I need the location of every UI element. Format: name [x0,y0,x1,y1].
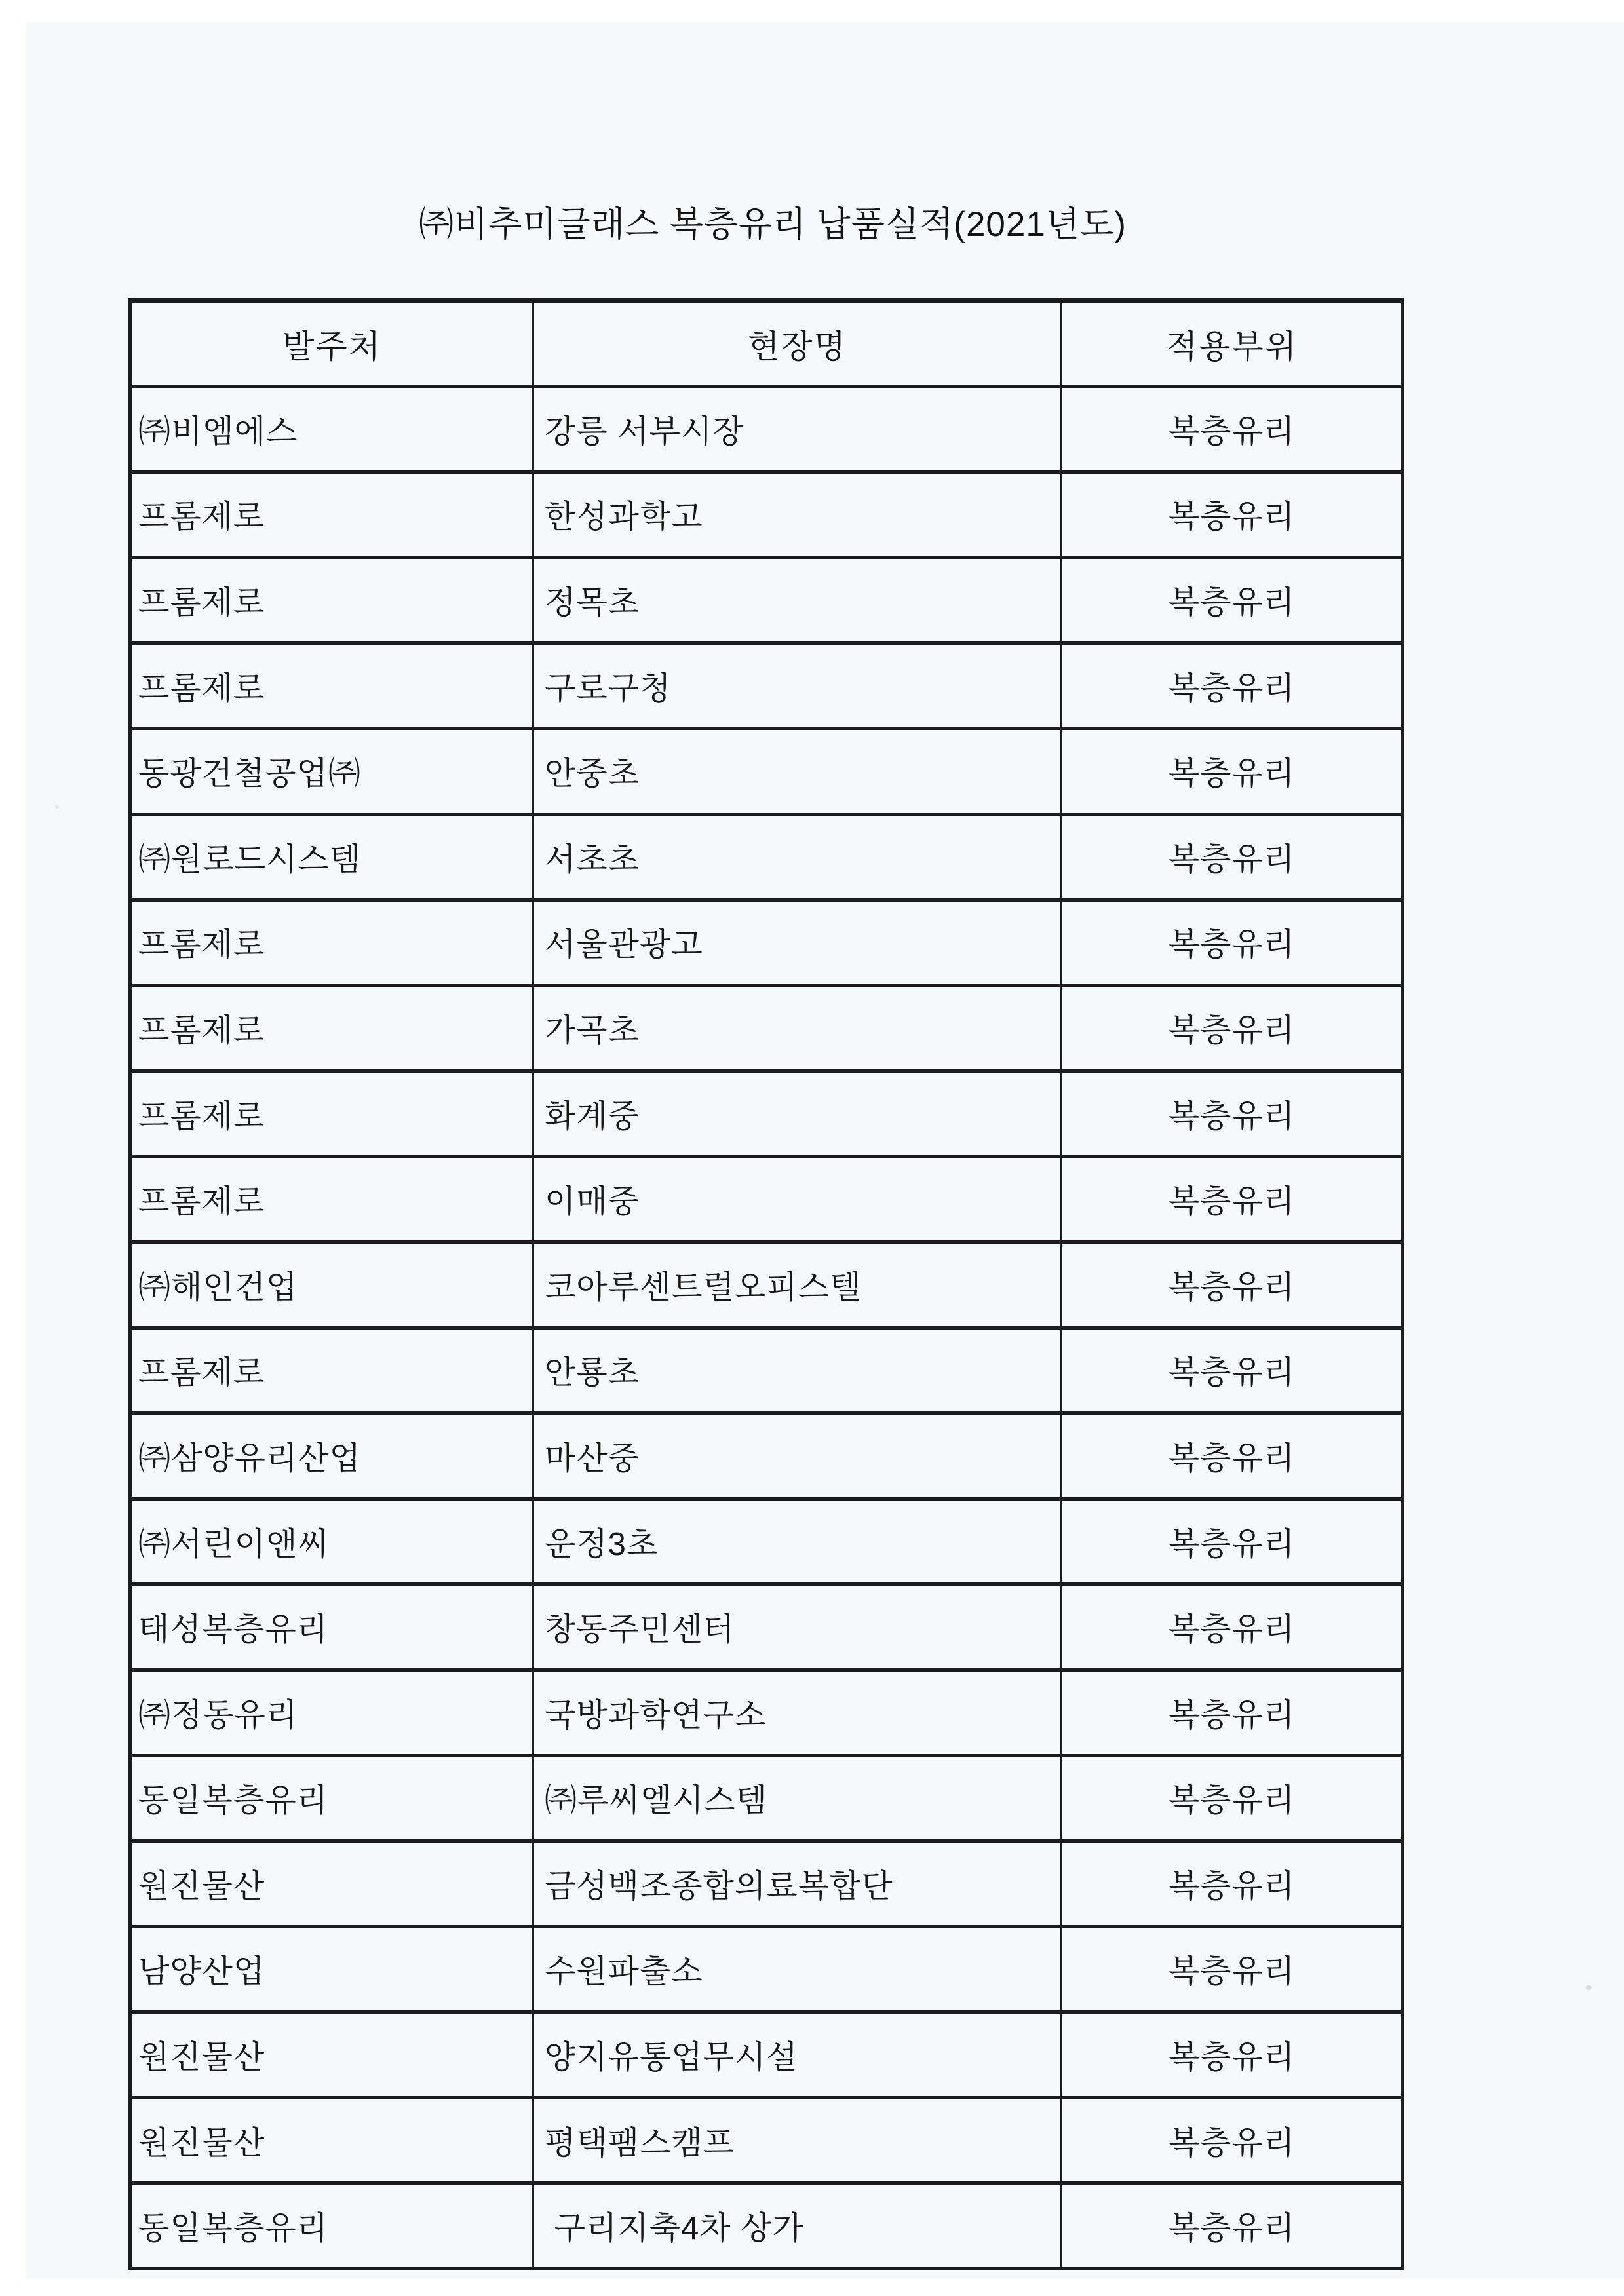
site-cell: 금성백조종합의료복합단 [533,1841,1062,1927]
scan-speck [1586,1985,1591,1990]
site-cell: 수원파출소 [533,1926,1062,2012]
document-title: ㈜비추미글래스 복층유리 납품실적(2021년도) [128,197,1417,246]
table-row: 프롬제로 정목초 복층유리 [130,558,1403,643]
application-cell: 복층유리 [1062,1413,1403,1499]
site-cell: 이매중 [533,1157,1062,1242]
table-row: 원진물산 양지유통업무시설 복층유리 [130,2012,1403,2098]
application-cell: 복층유리 [1062,1242,1403,1328]
application-cell: 복층유리 [1062,729,1403,814]
orderer-cell: ㈜서린이앤씨 [130,1499,533,1584]
site-cell: 국방과학연구소 [533,1670,1062,1755]
orderer-cell: 프롬제로 [130,643,533,729]
orderer-cell: 프롬제로 [130,985,533,1071]
application-cell: 복층유리 [1062,387,1403,472]
site-cell: 강릉 서부시장 [533,387,1062,472]
site-cell: 한성과학고 [533,472,1062,558]
application-cell: 복층유리 [1062,1841,1403,1927]
orderer-cell: 원진물산 [130,2012,533,2098]
header-cell-orderer: 발주처 [130,301,533,387]
table-row: ㈜정동유리 국방과학연구소 복층유리 [130,1670,1403,1755]
table-row: ㈜해인건업 코아루센트럴오피스텔 복층유리 [130,1242,1403,1328]
table-row: 프롬제로 가곡초 복층유리 [130,985,1403,1071]
orderer-cell: 동일복층유리 [130,2183,533,2269]
application-cell: 복층유리 [1062,900,1403,985]
application-cell: 복층유리 [1062,1499,1403,1584]
site-cell: 코아루센트럴오피스텔 [533,1242,1062,1328]
table-body: ㈜비엠에스 강릉 서부시장 복층유리 프롬제로 한성과학고 복층유리 프롬제로 … [130,387,1403,2269]
orderer-cell: ㈜정동유리 [130,1670,533,1755]
table-row: ㈜비엠에스 강릉 서부시장 복층유리 [130,387,1403,472]
orderer-cell: 동일복층유리 [130,1755,533,1841]
table-row: 원진물산 평택팸스캠프 복층유리 [130,2097,1403,2183]
orderer-cell: 프롬제로 [130,900,533,985]
table-row: 동일복층유리 구리지축4차 상가 복층유리 [130,2183,1403,2269]
orderer-cell: ㈜해인건업 [130,1242,533,1328]
application-cell: 복층유리 [1062,1755,1403,1841]
delivery-record-table: 발주처 현장명 적용부위 ㈜비엠에스 강릉 서부시장 복층유리 프롬제로 한성과… [128,298,1404,2270]
orderer-cell: 원진물산 [130,1841,533,1927]
table-row: 프롬제로 한성과학고 복층유리 [130,472,1403,558]
table-row: 프롬제로 서울관광고 복층유리 [130,900,1403,985]
site-cell: 구리지축4차 상가 [533,2183,1062,2269]
orderer-cell: 프롬제로 [130,1157,533,1242]
scan-speck [55,805,59,809]
site-cell: 정목초 [533,558,1062,643]
orderer-cell: 태성복층유리 [130,1584,533,1670]
orderer-cell: 동광건철공업㈜ [130,729,533,814]
table-row: 프롬제로 구로구청 복층유리 [130,643,1403,729]
application-cell: 복층유리 [1062,1926,1403,2012]
orderer-cell: 남양산업 [130,1926,533,2012]
orderer-cell: 프롬제로 [130,1071,533,1157]
site-cell: 양지유통업무시설 [533,2012,1062,2098]
orderer-cell: ㈜원로드시스템 [130,814,533,900]
table-row: 동광건철공업㈜ 안중초 복층유리 [130,729,1403,814]
site-cell: 평택팸스캠프 [533,2097,1062,2183]
application-cell: 복층유리 [1062,1328,1403,1413]
orderer-cell: 프롬제로 [130,1328,533,1413]
application-cell: 복층유리 [1062,1071,1403,1157]
application-cell: 복층유리 [1062,2097,1403,2183]
site-cell: ㈜루씨엘시스템 [533,1755,1062,1841]
table-row: 프롬제로 이매중 복층유리 [130,1157,1403,1242]
application-cell: 복층유리 [1062,1670,1403,1755]
orderer-cell: 프롬제로 [130,558,533,643]
orderer-cell: ㈜비엠에스 [130,387,533,472]
application-cell: 복층유리 [1062,2183,1403,2269]
orderer-cell: 원진물산 [130,2097,533,2183]
site-cell: 가곡초 [533,985,1062,1071]
table-row: 프롬제로 안룡초 복층유리 [130,1328,1403,1413]
scanned-document-page: ㈜비추미글래스 복층유리 납품실적(2021년도) 발주처 현장명 적용부위 ㈜… [0,0,1624,2296]
orderer-cell: 프롬제로 [130,472,533,558]
application-cell: 복층유리 [1062,985,1403,1071]
header-cell-application: 적용부위 [1062,301,1403,387]
orderer-cell: ㈜삼양유리산업 [130,1413,533,1499]
table-row: ㈜서린이앤씨 운정3초 복층유리 [130,1499,1403,1584]
site-cell: 구로구청 [533,643,1062,729]
table-row: 남양산업 수원파출소 복층유리 [130,1926,1403,2012]
table-row: ㈜원로드시스템 서초초 복층유리 [130,814,1403,900]
application-cell: 복층유리 [1062,1157,1403,1242]
application-cell: 복층유리 [1062,1584,1403,1670]
site-cell: 마산중 [533,1413,1062,1499]
site-cell: 운정3초 [533,1499,1062,1584]
header-cell-site: 현장명 [533,301,1062,387]
table-header-row: 발주처 현장명 적용부위 [130,301,1403,387]
site-cell: 안룡초 [533,1328,1062,1413]
application-cell: 복층유리 [1062,643,1403,729]
application-cell: 복층유리 [1062,558,1403,643]
table-row: 프롬제로 화계중 복층유리 [130,1071,1403,1157]
site-cell: 서울관광고 [533,900,1062,985]
site-cell: 화계중 [533,1071,1062,1157]
site-cell: 창동주민센터 [533,1584,1062,1670]
application-cell: 복층유리 [1062,472,1403,558]
table-row: 태성복층유리 창동주민센터 복층유리 [130,1584,1403,1670]
site-cell: 서초초 [533,814,1062,900]
table-row: 동일복층유리 ㈜루씨엘시스템 복층유리 [130,1755,1403,1841]
site-cell: 안중초 [533,729,1062,814]
table-row: ㈜삼양유리산업 마산중 복층유리 [130,1413,1403,1499]
application-cell: 복층유리 [1062,2012,1403,2098]
table-row: 원진물산 금성백조종합의료복합단 복층유리 [130,1841,1403,1927]
application-cell: 복층유리 [1062,814,1403,900]
